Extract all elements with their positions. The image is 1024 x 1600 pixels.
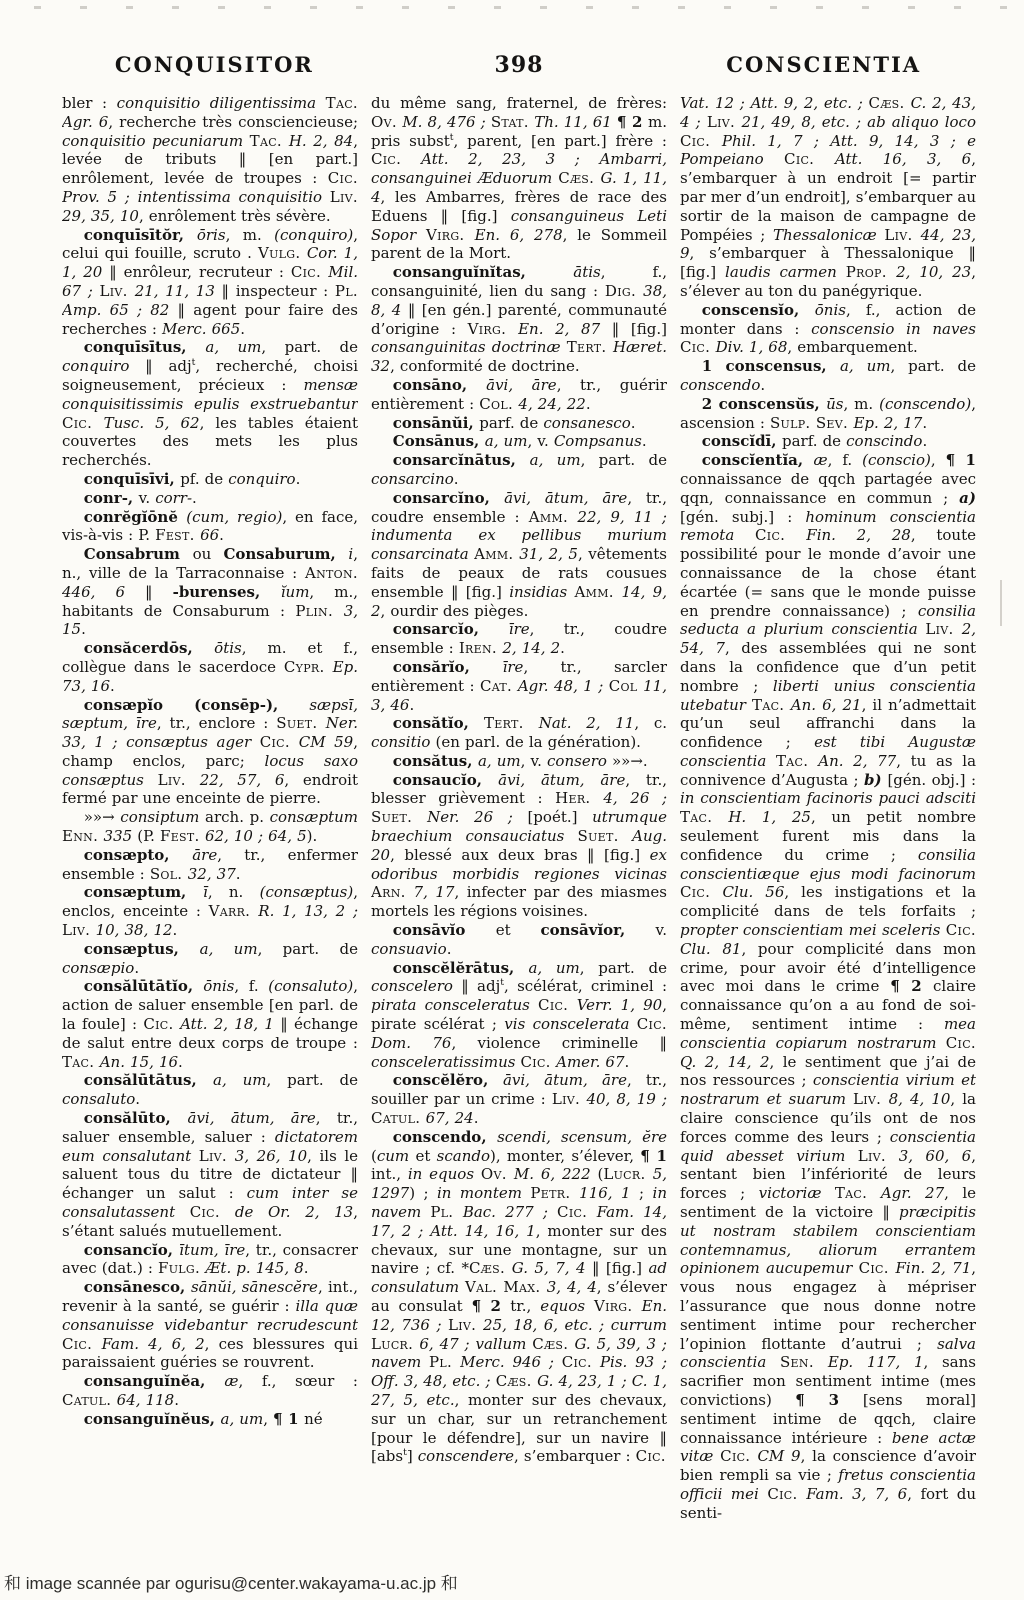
entry-paragraph: conscĭdī, parf. de conscindo. (680, 432, 976, 451)
text-columns: bler : conquisitio diligentissima Tac. A… (62, 94, 976, 1560)
entry-paragraph: conrĕgĭōnĕ (cum, regio), en face, vis-à-… (62, 508, 358, 546)
scan-watermark: 和 image scannée par ogurisu@center.wakay… (4, 1569, 458, 1594)
entry-paragraph: consæpĭo (consēp-), sæpsī, sæptum, īre, … (62, 696, 358, 809)
entry-paragraph: Vat. 12 ; Att. 9, 2, etc. ; Cæs. C. 2, 4… (680, 94, 976, 301)
entry-paragraph: consanguĭnĕa, æ, f., sœur : Catul. 64, 1… (62, 1372, 358, 1410)
running-head-right: CONSCIENTIA (671, 52, 976, 77)
entry-paragraph: consanguĭnĭtas, ātis, f., consanguinité,… (371, 263, 667, 376)
entry-paragraph: consarcĭo, īre, tr., coudre ensemble : I… (371, 620, 667, 658)
entry-paragraph: 2 conscensŭs, ūs, m. (conscendo), ascens… (680, 395, 976, 433)
dictionary-column-right: Vat. 12 ; Att. 9, 2, etc. ; Cæs. C. 2, 4… (680, 94, 976, 1560)
entry-paragraph: conquīsītŏr, ōris, m. (conquiro), celui … (62, 226, 358, 339)
entry-paragraph: consălūtātĭo, ōnis, f. (consaluto), acti… (62, 977, 358, 1071)
entry-paragraph: consăcerdōs, ōtis, m. et f., collègue da… (62, 639, 358, 695)
entry-paragraph: consaucĭo, āvi, ātum, āre, tr., blesser … (371, 771, 667, 921)
entry-paragraph: Consabrum ou Consaburum, i, n., ville de… (62, 545, 358, 639)
entry-paragraph: conscendo, scendi, scensum, ĕre (cum et … (371, 1128, 667, 1466)
entry-paragraph: 1 conscensus, a, um, part. de conscendo. (680, 357, 976, 395)
entry-paragraph: consarcĭnātus, a, um, part. de consarcin… (371, 451, 667, 489)
dictionary-column-middle: du même sang, fraternel, de frères: Ov. … (371, 94, 667, 1560)
entry-paragraph: consæpto, āre, tr., enfermer ensemble : … (62, 846, 358, 884)
entry-paragraph: consāvĭo et consāvĭor, v. consuavio. (371, 921, 667, 959)
entry-paragraph: conscĕlĕrātus, a, um, part. de consceler… (371, 959, 667, 1072)
entry-paragraph: consānŭi, parf. de consanesco. (371, 414, 667, 433)
running-head: CONQUISITOR 398 CONSCIENTIA (62, 52, 976, 78)
entry-paragraph: »»→ consiptum arch. p. consæptum Enn. 33… (62, 808, 358, 846)
entry-paragraph: conscĭentĭa, æ, f. (conscio), ¶ 1 connai… (680, 451, 976, 1522)
entry-paragraph: consancĭo, ītum, īre, tr., consacrer ave… (62, 1241, 358, 1279)
entry-paragraph: Consānus, a, um, v. Compsanus. (371, 432, 667, 451)
entry-paragraph: consānesco, sānŭi, sānescĕre, int., reve… (62, 1278, 358, 1372)
entry-paragraph: consălūtātus, a, um, part. de consaluto. (62, 1071, 358, 1109)
dictionary-column-left: bler : conquisitio diligentissima Tac. A… (62, 94, 358, 1560)
entry-paragraph: consălūto, āvi, ātum, āre, tr., saluer e… (62, 1109, 358, 1241)
entry-paragraph: consărĭo, īre, tr., sarcler entièrement … (371, 658, 667, 714)
entry-paragraph: consătĭo, Tert. Nat. 2, 11, c. consitio … (371, 714, 667, 752)
entry-paragraph: consătus, a, um, v. consero »»→. (371, 752, 667, 771)
entry-paragraph: consæptus, a, um, part. de consæpio. (62, 940, 358, 978)
entry-paragraph: consāno, āvi, āre, tr., guérir entièreme… (371, 376, 667, 414)
entry-paragraph: bler : conquisitio diligentissima Tac. A… (62, 94, 358, 226)
entry-paragraph: consarcĭno, āvi, ātum, āre, tr., coudre … (371, 489, 667, 621)
entry-paragraph: conr-, v. corr-. (62, 489, 358, 508)
scan-artifact-top-edge (34, 6, 1016, 9)
page-number: 398 (367, 52, 672, 78)
entry-paragraph: conscĕlĕro, āvi, ātum, āre, tr., souille… (371, 1071, 667, 1127)
entry-paragraph: consæptum, ī, n. (consæptus), enclos, en… (62, 883, 358, 939)
entry-paragraph: conquīsīvi, pf. de conquiro. (62, 470, 358, 489)
scan-artifact-right-edge (1000, 580, 1002, 626)
entry-paragraph: du même sang, fraternel, de frères: Ov. … (371, 94, 667, 263)
entry-paragraph: consanguĭnĕus, a, um, ¶ 1 né (62, 1410, 358, 1429)
scanned-dictionary-page: CONQUISITOR 398 CONSCIENTIA bler : conqu… (0, 0, 1024, 1600)
entry-paragraph: conscensĭo, ōnis, f., action de monter d… (680, 301, 976, 357)
entry-paragraph: conquīsītus, a, um, part. de conquiro ‖ … (62, 338, 358, 470)
running-head-left: CONQUISITOR (62, 52, 367, 77)
